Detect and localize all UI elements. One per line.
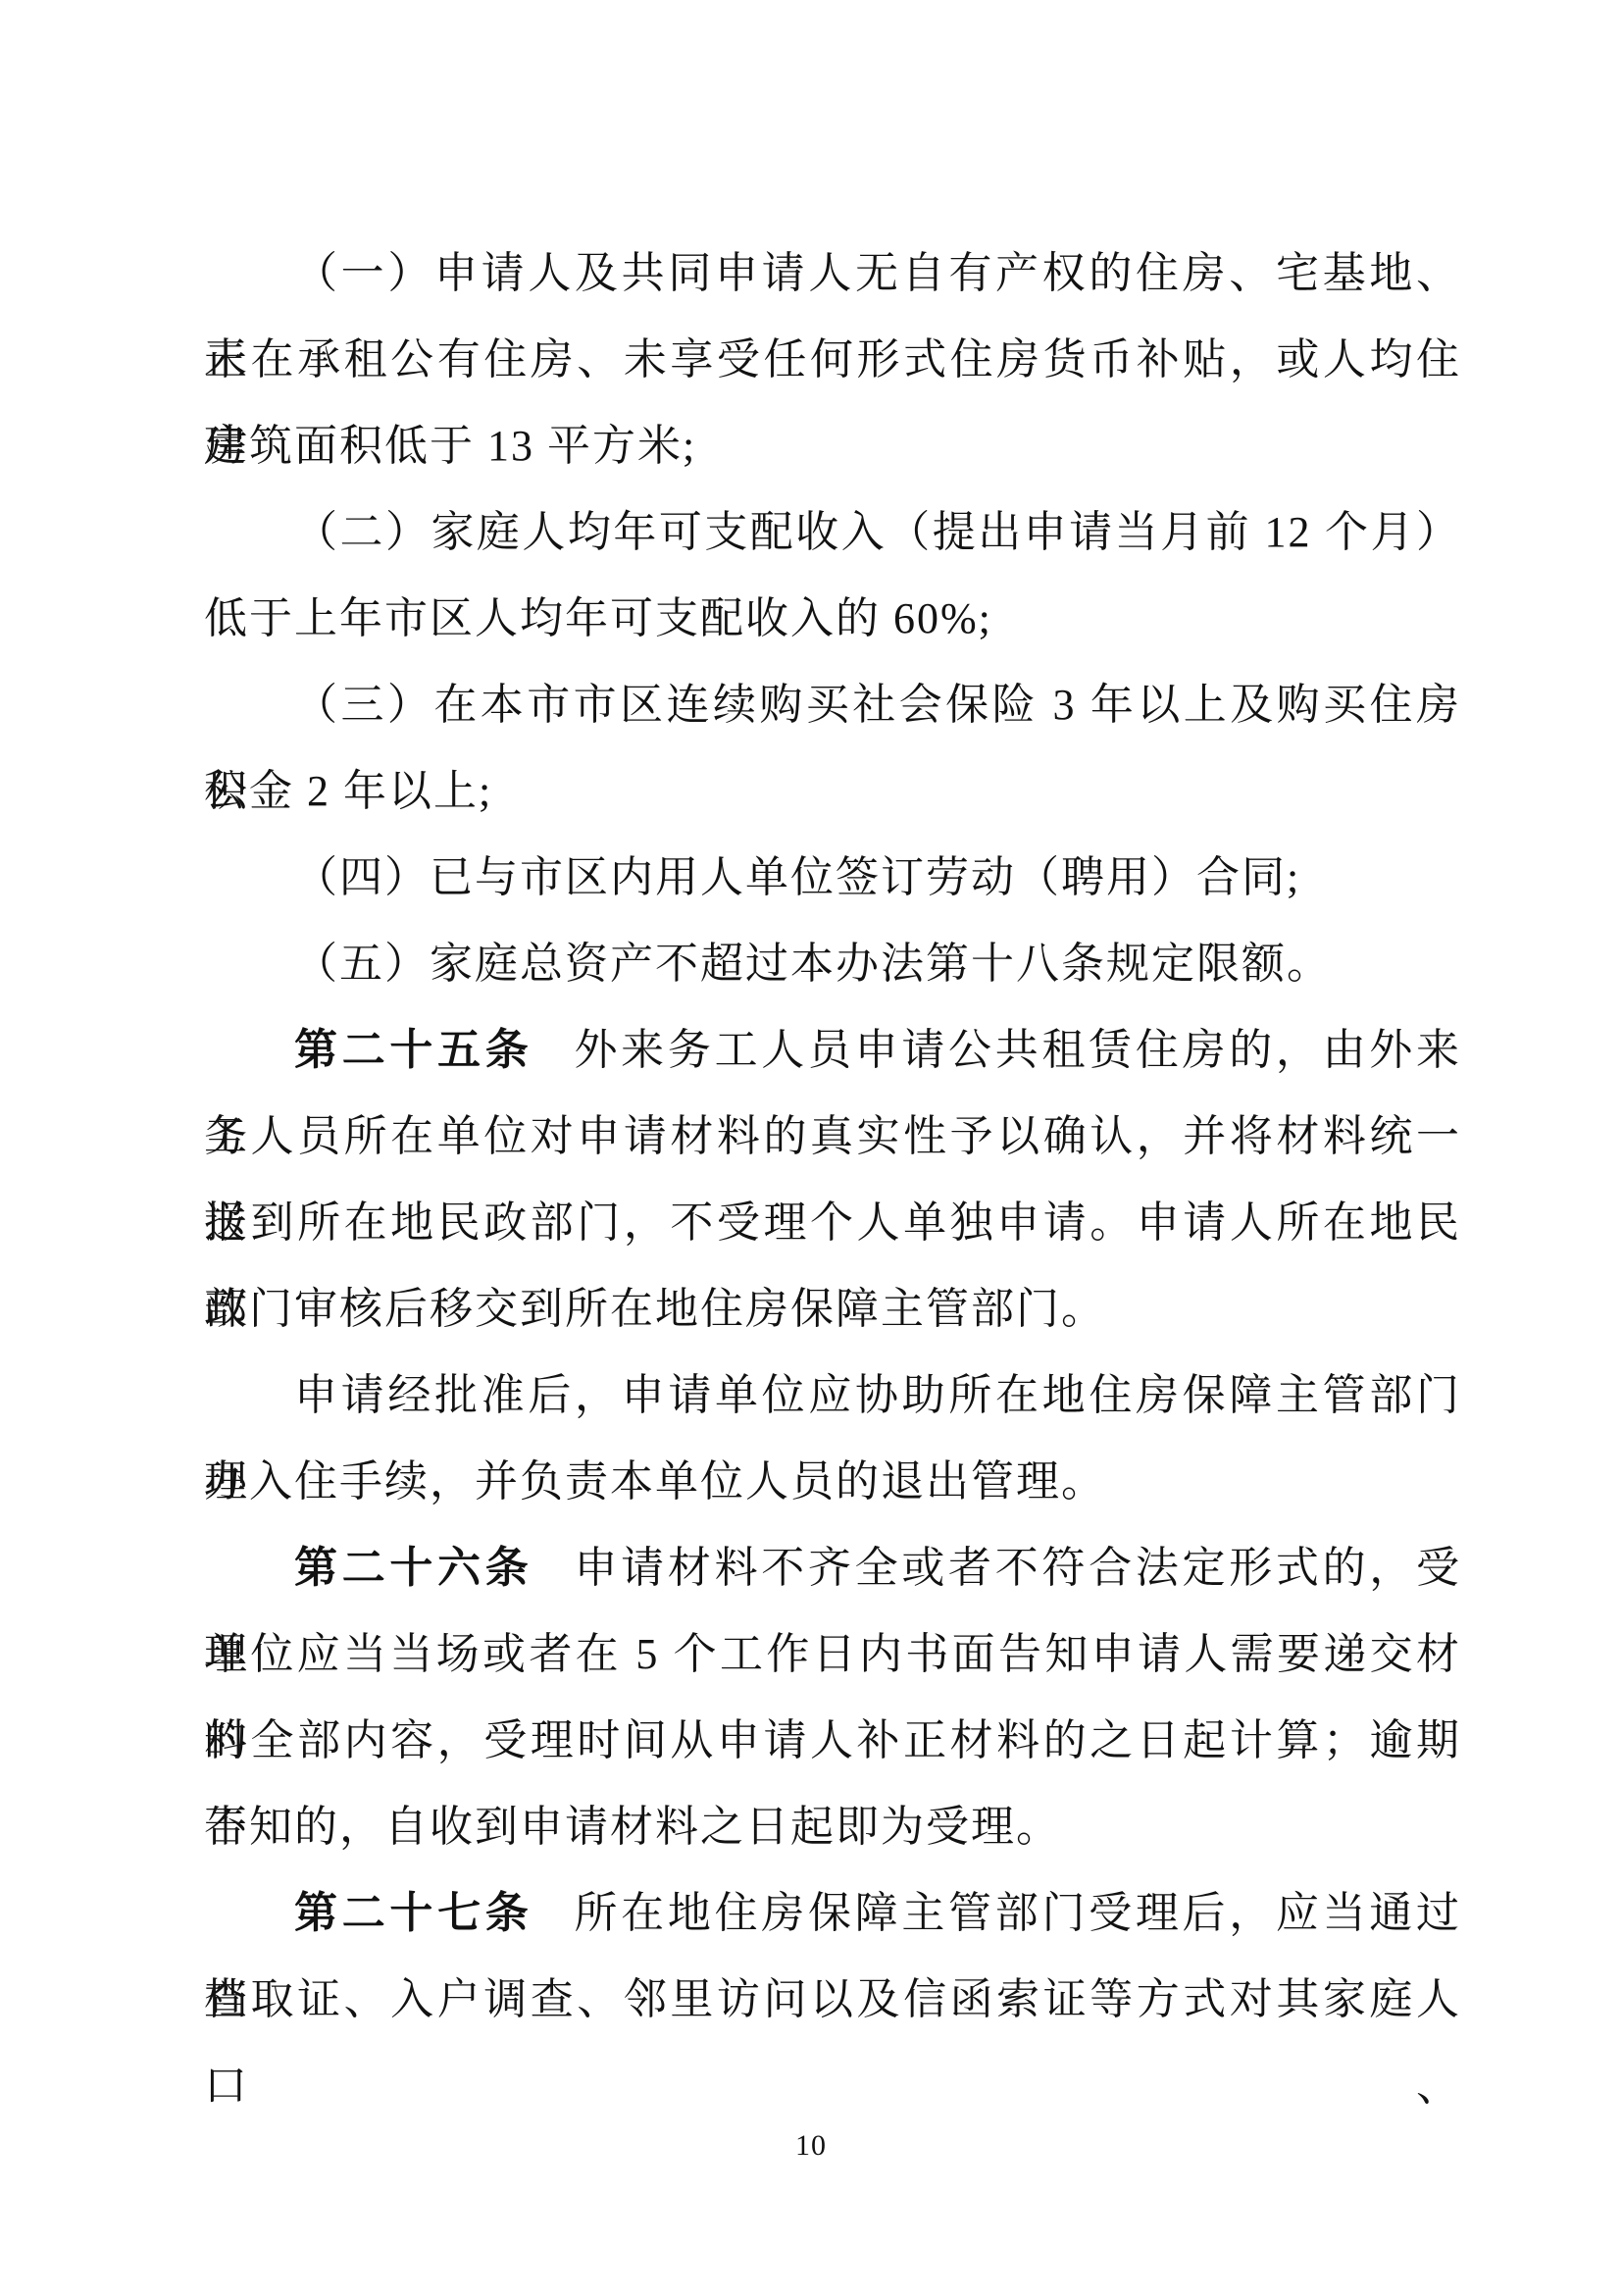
page-number: 10 (0, 2124, 1622, 2168)
line-text: （五）家庭总资产不超过本办法第十八条规定限额。 (294, 940, 1332, 988)
line-text: 理入住手续，并负责本单位人员的退出管理。 (204, 1457, 1106, 1505)
text-line: 第二十七条所在地住房保障主管部门受理后，应当通过查 (204, 1870, 1461, 1957)
text-line: 低于上年市区人均年可支配收入的 60%; (204, 576, 1461, 662)
line-text: 部门审核后移交到所在地住房保障主管部门。 (204, 1285, 1106, 1333)
text-line: 档取证、入户调查、邻里访问以及信函索证等方式对其家庭人口、 (204, 1957, 1461, 2043)
line-text: 告知的，自收到申请材料之日起即为受理。 (204, 1803, 1061, 1851)
text-line: （五）家庭总资产不超过本办法第十八条规定限额。 (204, 921, 1461, 1007)
text-line: 部门审核后移交到所在地住房保障主管部门。 (204, 1266, 1461, 1352)
text-line: 第二十五条外来务工人员申请公共租赁住房的，由外来务 (204, 1007, 1461, 1094)
document-page: （一）申请人及共同申请人无自有产权的住房、宅基地、未正在承租公有住房、未享受任何… (0, 0, 1622, 2296)
line-text: 积金 2 年以上; (204, 767, 492, 815)
text-line: 工人员所在单位对申请材料的真实性予以确认，并将材料统一报 (204, 1094, 1461, 1180)
line-text: 建筑面积低于 13 平方米; (204, 422, 696, 470)
line-text: 低于上年市区人均年可支配收入的 60%; (204, 594, 992, 642)
text-line: （三）在本市市区连续购买社会保险 3 年以上及购买住房公 (204, 662, 1461, 748)
text-line: 正在承租公有住房、未享受任何形式住房货币补贴，或人均住房 (204, 317, 1461, 403)
text-line: （四）已与市区内用人单位签订劳动（聘用）合同; (204, 835, 1461, 921)
text-line: 申请经批准后，申请单位应协助所在地住房保障主管部门办 (204, 1352, 1461, 1439)
text-line: （一）申请人及共同申请人无自有产权的住房、宅基地、未 (204, 230, 1461, 317)
text-line: 建筑面积低于 13 平方米; (204, 403, 1461, 489)
text-line: 单位应当当场或者在 5 个工作日内书面告知申请人需要递交材料 (204, 1611, 1461, 1698)
text-line: 积金 2 年以上; (204, 748, 1461, 835)
article-number: 第二十六条 (294, 1544, 532, 1592)
text-line: 理入住手续，并负责本单位人员的退出管理。 (204, 1439, 1461, 1525)
article-number: 第二十七条 (294, 1889, 532, 1937)
article-number: 第二十五条 (294, 1026, 532, 1074)
line-text: （四）已与市区内用人单位签订劳动（聘用）合同; (294, 853, 1300, 901)
line-text: （二）家庭人均年可支配收入（提出申请当月前 12 个月） (294, 508, 1461, 556)
text-line: 送到所在地民政部门，不受理个人单独申请。申请人所在地民政 (204, 1180, 1461, 1266)
text-line: 告知的，自收到申请材料之日起即为受理。 (204, 1784, 1461, 1870)
line-text: 档取证、入户调查、邻里访问以及信函索证等方式对其家庭人口、 (204, 1975, 1461, 2110)
text-line: 第二十六条申请材料不齐全或者不符合法定形式的，受理 (204, 1525, 1461, 1611)
text-line: 的全部内容，受理时间从申请人补正材料的之日起计算；逾期不 (204, 1698, 1461, 1784)
text-line: （二）家庭人均年可支配收入（提出申请当月前 12 个月） (204, 489, 1461, 576)
text-block: （一）申请人及共同申请人无自有产权的住房、宅基地、未正在承租公有住房、未享受任何… (204, 230, 1461, 2043)
